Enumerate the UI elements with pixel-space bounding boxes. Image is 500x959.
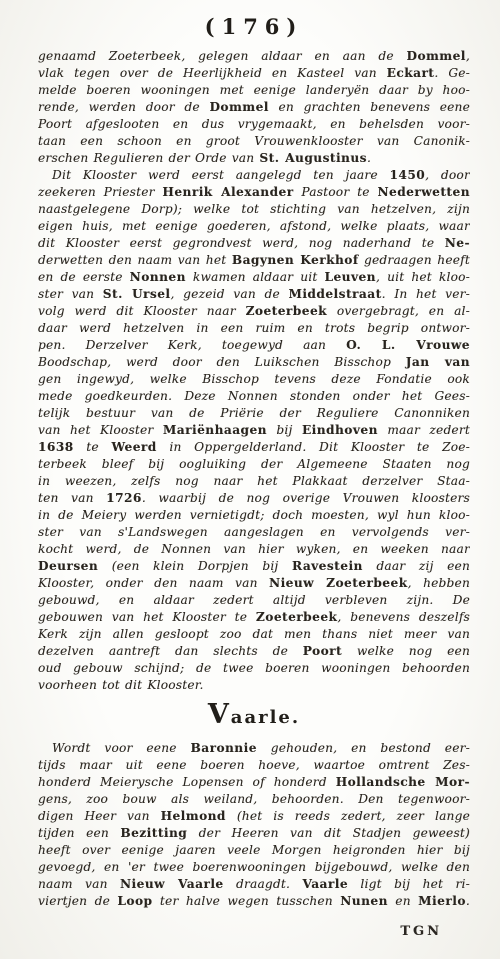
body-text: en (388, 894, 418, 908)
body-text: ten van (38, 491, 106, 505)
proper-name-text: Dommel (406, 49, 465, 63)
text-line: eigen huis, met eenige goederen, afstond… (38, 218, 470, 235)
proper-name-text: 1638 (38, 440, 74, 454)
body-text: terbeek bleef bij oogluiking der Algemee… (38, 457, 470, 471)
body-text: dezelven aantreft dan slechts de (38, 644, 303, 658)
body-text: te (74, 440, 112, 454)
text-line: heeft over eenige jaaren veele Morgen he… (38, 842, 470, 859)
body-text: ster van (38, 287, 103, 301)
body-text: van het Klooster (38, 423, 163, 437)
body-text: rende, werden door de (38, 100, 209, 114)
proper-name-text: Ravestein (292, 559, 363, 573)
text-line: volg werd dit Klooster naar Zoeterbeek o… (38, 303, 470, 320)
body-text: Poort afgeslooten en dus vrygemaakt, en … (38, 117, 470, 131)
text-line: genaamd Zoeterbeek, gelegen aldaar en aa… (38, 48, 470, 65)
body-text: . In het ver- (382, 287, 470, 301)
proper-name-text: Vaarle (302, 877, 348, 891)
body-text: gebouwen van het Klooster te (38, 610, 256, 624)
body-text: melde boeren wooningen met eenige lander… (38, 83, 470, 97)
body-text: daar zij een (363, 559, 470, 573)
text-line: voorheen tot dit Klooster. (38, 677, 470, 694)
body-text: , uit het kloo- (376, 270, 470, 284)
body-text: maar zedert (378, 423, 470, 437)
body-text: eigen huis, met eenige goederen, afstond… (38, 219, 470, 233)
proper-name-text: Mierlo (418, 894, 466, 908)
text-line: Klooster, onder den naam van Nieuw Zoete… (38, 575, 470, 592)
body-text: . Ge- (434, 66, 470, 80)
body-text: gevoegd, en 'er twee boerenwooningen bij… (38, 860, 470, 874)
text-line: Deursen (een klein Dorpjen bij Ravestein… (38, 558, 470, 575)
body-text: volg werd dit Klooster naar (38, 304, 246, 318)
text-line: taan een schoon en groot Vrouwenklooster… (38, 133, 470, 150)
body-text: taan een schoon en groot Vrouwenklooster… (38, 134, 470, 148)
proper-name-text: Deursen (38, 559, 98, 573)
proper-name-text: Mariënhaagen (163, 423, 267, 437)
text-line: oud gebouw schijnd; de twee boeren wooni… (38, 660, 470, 677)
body-text: kocht werd, de Nonnen van hier wyken, en… (38, 542, 470, 556)
proper-name-text: Ne- (445, 236, 470, 250)
body-text: , gezeid van de (171, 287, 289, 301)
proper-name-text: 1450 (389, 168, 425, 182)
proper-name-text: Hollandsche Mor- (336, 775, 470, 789)
body-text: gens, zoo bouw als weiland, behoorden. D… (38, 792, 470, 806)
body-text: . (466, 894, 470, 908)
text-line: pen. Derzelver Kerk, toegewyd aan O. L. … (38, 337, 470, 354)
body-text: Wordt voor eene (52, 741, 191, 755)
paragraph-zoeterbeek-history: Dit Klooster werd eerst aangelegd ten ja… (38, 167, 470, 694)
text-line: Poort afgeslooten en dus vrygemaakt, en … (38, 116, 470, 133)
proper-name-text: O. L. Vrouwe (346, 338, 470, 352)
text-line: terbeek bleef bij oogluiking der Algemee… (38, 456, 470, 473)
body-text: draagdt. (224, 877, 303, 891)
text-line: zeekeren Priester Henrik Alexander Pasto… (38, 184, 470, 201)
body-text: oud gebouw schijnd; de twee boeren wooni… (38, 661, 470, 675)
text-line: vlak tegen over de Heerlijkheid en Kaste… (38, 65, 470, 82)
text-line: in weezen, zelfs nog naar het Plakkaat d… (38, 473, 470, 490)
page-number: (176) (38, 14, 470, 39)
proper-name-text: Nonnen (130, 270, 186, 284)
proper-name-text: Poort (303, 644, 342, 658)
body-text: naam van (38, 877, 120, 891)
proper-name-text: Loop (117, 894, 152, 908)
text-line: 1638 te Weerd in Oppergelderland. Dit Kl… (38, 439, 470, 456)
body-text: (een klein Dorpjen bij (98, 559, 292, 573)
body-text: ligt bij het ri- (348, 877, 470, 891)
body-text: zeekeren Priester (38, 185, 162, 199)
text-line: daar werd hetzelven in een ruim en trots… (38, 320, 470, 337)
text-line: derwetten den naam van het Bagynen Kerkh… (38, 252, 470, 269)
proper-name-text: Middelstraat (288, 287, 381, 301)
body-text: en grachten benevens eene (269, 100, 470, 114)
proper-name-text: Helmond (161, 809, 226, 823)
body-text: overgebragt, en al- (327, 304, 470, 318)
text-line: naam van Nieuw Vaarle draagdt. Vaarle li… (38, 876, 470, 893)
text-line: gebouwen van het Klooster te Zoeterbeek,… (38, 609, 470, 626)
text-line: dezelven aantreft dan slechts de Poort w… (38, 643, 470, 660)
body-text: daar werd hetzelven in een ruim en trots… (38, 321, 470, 335)
paragraph-zoeterbeek-intro: genaamd Zoeterbeek, gelegen aldaar en aa… (38, 48, 470, 167)
body-text: telijk bestuur van de Priërie der Reguli… (38, 406, 470, 420)
proper-name-text: Nederwetten (377, 185, 470, 199)
text-line: tijds maar uit eene boeren hoeve, waarto… (38, 757, 470, 774)
body-text: ter halve wegen tusschen (153, 894, 341, 908)
text-line: erschen Regulieren der Orde van St. Augu… (38, 150, 470, 167)
body-text: , (466, 49, 470, 63)
proper-name-text: Bezitting (120, 826, 187, 840)
page-text: genaamd Zoeterbeek, gelegen aldaar en aa… (38, 48, 470, 910)
text-line: naastgelegene Dorp); welke tot stichting… (38, 201, 470, 218)
text-line: melde boeren wooningen met eenige lander… (38, 82, 470, 99)
body-text: kwamen aldaar uit (186, 270, 325, 284)
body-text: tijds maar uit eene boeren hoeve, waarto… (38, 758, 470, 772)
body-text: welke nog een (342, 644, 470, 658)
text-line: Wordt voor eene Baronnie gehouden, en be… (38, 740, 470, 757)
body-text: , door (425, 168, 470, 182)
body-text: Boodschap, werd door den Luikschen Bissc… (38, 355, 406, 369)
body-text: voorheen tot dit Klooster. (38, 678, 204, 692)
body-text: Kerk zijn allen gesloopt zoo dat men tha… (38, 627, 470, 641)
text-line: tijden een Bezitting der Heeren van dit … (38, 825, 470, 842)
text-line: digen Heer van Helmond (het is reeds zed… (38, 808, 470, 825)
body-text: . waarbij de nog overige Vrouwen klooste… (142, 491, 470, 505)
body-text: in Oppergelderland. Dit Klooster te Zoe- (157, 440, 470, 454)
proper-name-text: Nunen (340, 894, 388, 908)
body-text: , hebben (408, 576, 470, 590)
text-line: gevoegd, en 'er twee boerenwooningen bij… (38, 859, 470, 876)
body-text: honderd Meierysche Lopensen of honderd (38, 775, 336, 789)
body-text: Klooster, onder den naam van (38, 576, 269, 590)
body-text: Dit Klooster werd eerst aangelegd ten ja… (52, 168, 389, 182)
body-text: genaamd Zoeterbeek, gelegen aldaar en aa… (38, 49, 406, 63)
proper-name-text: Nieuw Zoeterbeek (269, 576, 408, 590)
body-text: gedraagen heeft (359, 253, 470, 267)
body-text: naastgelegene Dorp); welke tot stichting… (38, 202, 470, 216)
text-line: gens, zoo bouw als weiland, behoorden. D… (38, 791, 470, 808)
body-text: in de Meiery werden vernietigdt; doch mo… (38, 508, 470, 522)
body-text: vlak tegen over de Heerlijkheid en Kaste… (38, 66, 387, 80)
text-line: in de Meiery werden vernietigdt; doch mo… (38, 507, 470, 524)
proper-name-text: Zoeterbeek (246, 304, 327, 318)
text-line: ten van 1726. waarbij de nog overige Vro… (38, 490, 470, 507)
proper-name-text: Weerd (111, 440, 156, 454)
body-text: dit Klooster eerst gegrondvest werd, nog… (38, 236, 445, 250)
catchword: TGN (400, 924, 442, 939)
text-line: ster van St. Ursel, gezeid van de Middel… (38, 286, 470, 303)
proper-name-text: Leuven (324, 270, 376, 284)
body-text: pen. Derzelver Kerk, toegewyd aan (38, 338, 346, 352)
text-line: viertjen de Loop ter halve wegen tussche… (38, 893, 470, 910)
proper-name-text: Bagynen Kerkhof (232, 253, 359, 267)
body-text: en de eerste (38, 270, 130, 284)
body-text: tijden een (38, 826, 120, 840)
text-line: honderd Meierysche Lopensen of honderd H… (38, 774, 470, 791)
text-line: telijk bestuur van de Priërie der Reguli… (38, 405, 470, 422)
proper-name-text: Eindhoven (302, 423, 378, 437)
text-line: van het Klooster Mariënhaagen bij Eindho… (38, 422, 470, 439)
body-text: erschen Regulieren der Orde van (38, 151, 259, 165)
body-text: gebouwd, en aldaar zedert altijd verblev… (38, 593, 470, 607)
text-line: Kerk zijn allen gesloopt zoo dat men tha… (38, 626, 470, 643)
body-text: digen Heer van (38, 809, 161, 823)
body-text: heeft over eenige jaaren veele Morgen he… (38, 843, 470, 857)
proper-name-text: Dommel (209, 100, 268, 114)
body-text: in weezen, zelfs nog naar het Plakkaat d… (38, 474, 470, 488)
body-text: bij (267, 423, 302, 437)
body-text: . (367, 151, 371, 165)
proper-name-text: 1726 (106, 491, 142, 505)
book-page: (176) genaamd Zoeterbeek, gelegen aldaar… (0, 0, 500, 959)
proper-name-text: Baronnie (191, 741, 257, 755)
paragraph-vaarle: Wordt voor eene Baronnie gehouden, en be… (38, 740, 470, 910)
body-text: mede goedkeurden. Deze Nonnen stonden on… (38, 389, 470, 403)
proper-name-text: Henrik Alexander (162, 185, 293, 199)
text-line: mede goedkeurden. Deze Nonnen stonden on… (38, 388, 470, 405)
proper-name-text: Eckart (387, 66, 435, 80)
text-line: dit Klooster eerst gegrondvest werd, nog… (38, 235, 470, 252)
text-line: kocht werd, de Nonnen van hier wyken, en… (38, 541, 470, 558)
proper-name-text: Nieuw Vaarle (120, 877, 224, 891)
body-text: , benevens deszelfs (337, 610, 470, 624)
body-text: (het is reeds zedert, zeer lange (226, 809, 470, 823)
text-line: rende, werden door de Dommel en grachten… (38, 99, 470, 116)
text-line: Dit Klooster werd eerst aangelegd ten ja… (38, 167, 470, 184)
text-line: gen ingewyd, welke Bisschop tevens deze … (38, 371, 470, 388)
text-line: Boodschap, werd door den Luikschen Bissc… (38, 354, 470, 371)
body-text: derwetten den naam van het (38, 253, 232, 267)
body-text: Pastoor te (294, 185, 378, 199)
body-text: viertjen de (38, 894, 117, 908)
proper-name-text: St. Augustinus (259, 151, 367, 165)
body-text: der Heeren van dit Stadjen geweest) (187, 826, 470, 840)
text-line: ster van s'Landswegen aangeslagen en ver… (38, 524, 470, 541)
text-line: gebouwd, en aldaar zedert altijd verblev… (38, 592, 470, 609)
proper-name-text: Zoeterbeek (256, 610, 337, 624)
text-line: en de eerste Nonnen kwamen aldaar uit Le… (38, 269, 470, 286)
body-text: gehouden, en bestond eer- (257, 741, 470, 755)
body-text: gen ingewyd, welke Bisschop tevens deze … (38, 372, 470, 386)
section-heading-vaarle: Vaarle. (38, 702, 470, 731)
proper-name-text: St. Ursel (103, 287, 171, 301)
body-text: ster van s'Landswegen aangeslagen en ver… (38, 525, 470, 539)
